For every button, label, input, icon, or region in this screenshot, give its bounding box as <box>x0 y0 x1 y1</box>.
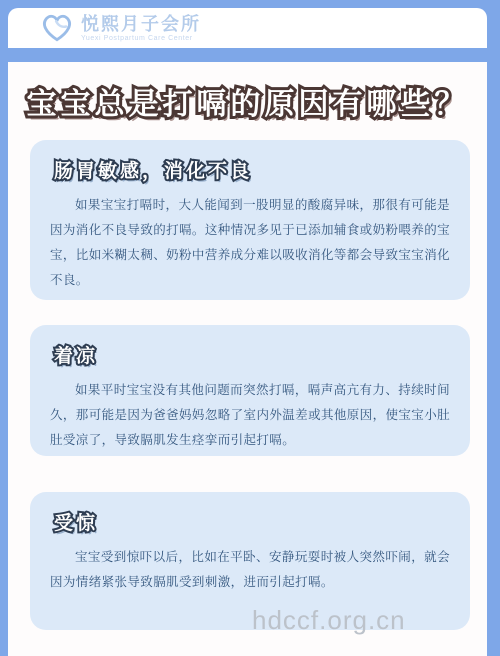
section-card-digestion: 肠胃敏感，消化不良 如果宝宝打嗝时，大人能闻到一股明显的酸腐异味，那很有可能是因… <box>30 140 470 300</box>
brand-name: 悦熙月子会所 <box>81 15 201 33</box>
poster-root: 悦熙月子会所 Yuexi Postpartum Care Center 宝宝总是… <box>0 0 500 656</box>
section-body: 如果宝宝打嗝时，大人能闻到一股明显的酸腐异味，那很有可能是因为消化不良导致的打嗝… <box>50 193 450 293</box>
watermark-url: hdccf.org.cn <box>252 605 406 636</box>
section-heading-text: 受惊 <box>54 508 98 535</box>
brand-logo: 悦熙月子会所 Yuexi Postpartum Care Center <box>40 13 201 43</box>
page-title: 宝宝总是打嗝的原因有哪些？ <box>8 62 487 140</box>
brand-header: 悦熙月子会所 Yuexi Postpartum Care Center <box>8 8 487 48</box>
section-heading-text: 着凉 <box>54 341 98 368</box>
brand-subtitle: Yuexi Postpartum Care Center <box>81 35 201 42</box>
section-body: 宝宝受到惊吓以后，比如在平卧、安静玩耍时被人突然吓闹，就会因为情绪紧张导致膈肌受… <box>50 545 450 595</box>
section-heading: 受惊 <box>54 508 450 535</box>
page-title-text: 宝宝总是打嗝的原因有哪些？ <box>27 79 469 123</box>
section-heading-text: 肠胃敏感，消化不良 <box>54 156 252 183</box>
section-heading: 着凉 <box>54 341 450 368</box>
blue-divider <box>0 48 500 62</box>
content-area: 宝宝总是打嗝的原因有哪些？ 肠胃敏感，消化不良 如果宝宝打嗝时，大人能闻到一股明… <box>8 62 487 656</box>
brand-text: 悦熙月子会所 Yuexi Postpartum Care Center <box>81 15 201 42</box>
section-heading: 肠胃敏感，消化不良 <box>54 156 450 183</box>
section-card-startled: 受惊 宝宝受到惊吓以后，比如在平卧、安静玩耍时被人突然吓闹，就会因为情绪紧张导致… <box>30 492 470 630</box>
section-body: 如果平时宝宝没有其他问题而突然打嗝，嗝声高亢有力、持续时间久，那可能是因为爸爸妈… <box>50 378 450 453</box>
section-card-chill: 着凉 如果平时宝宝没有其他问题而突然打嗝，嗝声高亢有力、持续时间久，那可能是因为… <box>30 325 470 456</box>
heart-icon <box>40 13 74 43</box>
